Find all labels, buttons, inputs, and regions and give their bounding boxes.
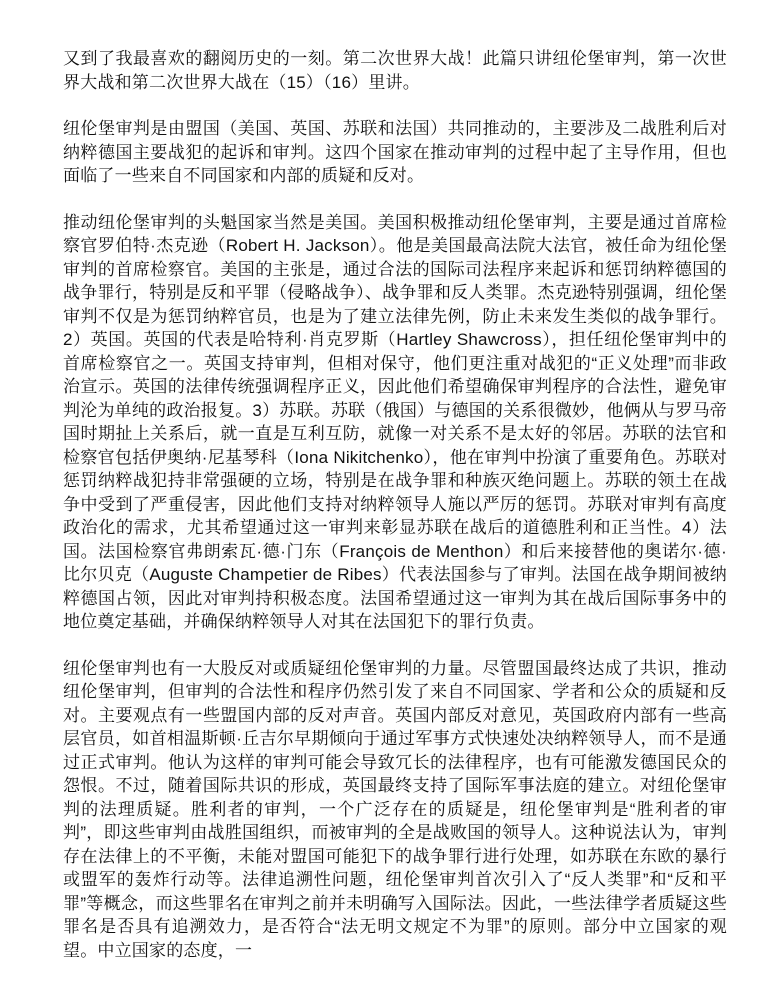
paragraph-intro: 又到了我最喜欢的翻阅历史的一刻。第二次世界大战！此篇只讲纽伦堡审判，第一次世界大… bbox=[63, 47, 727, 94]
paragraph-overview: 纽伦堡审判是由盟国（美国、英国、苏联和法国）共同推动的，主要涉及二战胜利后对纳粹… bbox=[63, 117, 727, 188]
document-body: 又到了我最喜欢的翻阅历史的一刻。第二次世界大战！此篇只讲纽伦堡审判，第一次世界大… bbox=[63, 47, 727, 985]
paragraph-opposition: 纽伦堡审判也有一大股反对或质疑纽伦堡审判的力量。尽管盟国最终达成了共识，推动纽伦… bbox=[63, 657, 727, 963]
paragraph-countries: 推动纽伦堡审判的头魁国家当然是美国。美国积极推动纽伦堡审判，主要是通过首席检察官… bbox=[63, 211, 727, 634]
